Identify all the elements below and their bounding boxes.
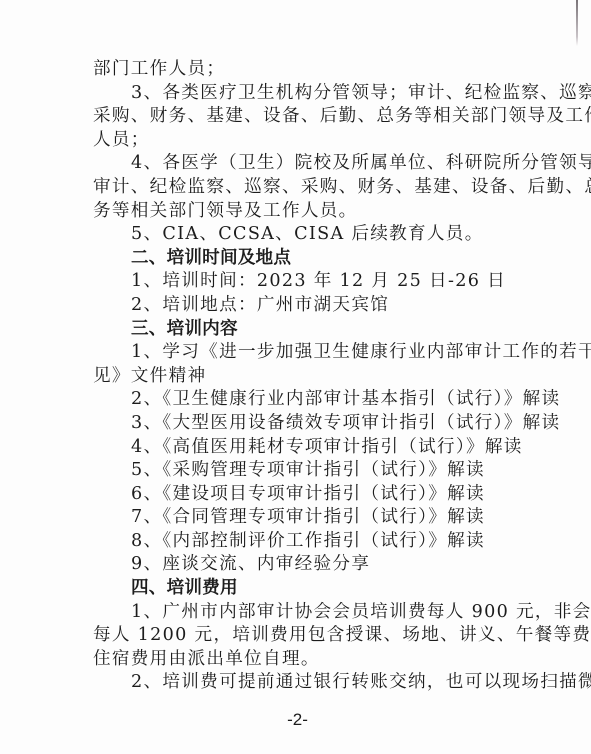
text-line: 务等相关部门领导及工作人员。 bbox=[93, 200, 485, 224]
text-line: 3、各类医疗卫生机构分管领导；审计、纪检监察、巡察、 bbox=[93, 82, 485, 106]
text-line: 人员； bbox=[93, 129, 485, 153]
text-line: 4、《高值医用耗材专项审计指引（试行）》解读 bbox=[93, 436, 485, 460]
text-line: 2、培训地点：广州市湖天宾馆 bbox=[93, 294, 485, 318]
text-line: 7、《合同管理专项审计指引（试行）》解读 bbox=[93, 506, 485, 530]
document-body: 部门工作人员； 3、各类医疗卫生机构分管领导；审计、纪检监察、巡察、 采购、财务… bbox=[93, 58, 485, 695]
text-line: 5、CIA、CCSA、CISA 后续教育人员。 bbox=[93, 223, 485, 247]
text-line: 部门工作人员； bbox=[93, 58, 485, 82]
text-line: 1、学习《进一步加强卫生健康行业内部审计工作的若干意 bbox=[93, 341, 485, 365]
text-line: 见》文件精神 bbox=[93, 365, 485, 389]
text-line: 1、培训时间：2023 年 12 月 25 日-26 日 bbox=[93, 270, 485, 294]
text-line: 2、《卫生健康行业内部审计基本指引（试行）》解读 bbox=[93, 388, 485, 412]
text-line: 采购、财务、基建、设备、后勤、总务等相关部门领导及工作 bbox=[93, 105, 485, 129]
text-line: 8、《内部控制评价工作指引（试行）》解读 bbox=[93, 530, 485, 554]
text-line: 6、《建设项目专项审计指引（试行）》解读 bbox=[93, 483, 485, 507]
text-line: 审计、纪检监察、巡察、采购、财务、基建、设备、后勤、总 bbox=[93, 176, 485, 200]
text-line: 1、广州市内部审计协会会员培训费每人 900 元，非会员 bbox=[93, 601, 485, 625]
text-line: 3、《大型医用设备绩效专项审计指引（试行）》解读 bbox=[93, 412, 485, 436]
section-heading-content: 三、培训内容 bbox=[93, 318, 485, 342]
text-line: 住宿费用由派出单位自理。 bbox=[93, 648, 485, 672]
section-heading-time-location: 二、培训时间及地点 bbox=[93, 247, 485, 271]
text-line: 5、《采购管理专项审计指引（试行）》解读 bbox=[93, 459, 485, 483]
page-number: -2- bbox=[0, 710, 591, 730]
text-line: 4、各医学（卫生）院校及所属单位、科研院所分管领导； bbox=[93, 152, 485, 176]
text-line: 2、培训费可提前通过银行转账交纳，也可以现场扫描微 bbox=[93, 671, 485, 695]
section-heading-fees: 四、培训费用 bbox=[93, 577, 485, 601]
text-line: 9、座谈交流、内审经验分享 bbox=[93, 553, 485, 577]
text-line: 每人 1200 元，培训费用包含授课、场地、讲义、午餐等费用， bbox=[93, 624, 485, 648]
scan-artifact-line bbox=[576, 0, 578, 46]
